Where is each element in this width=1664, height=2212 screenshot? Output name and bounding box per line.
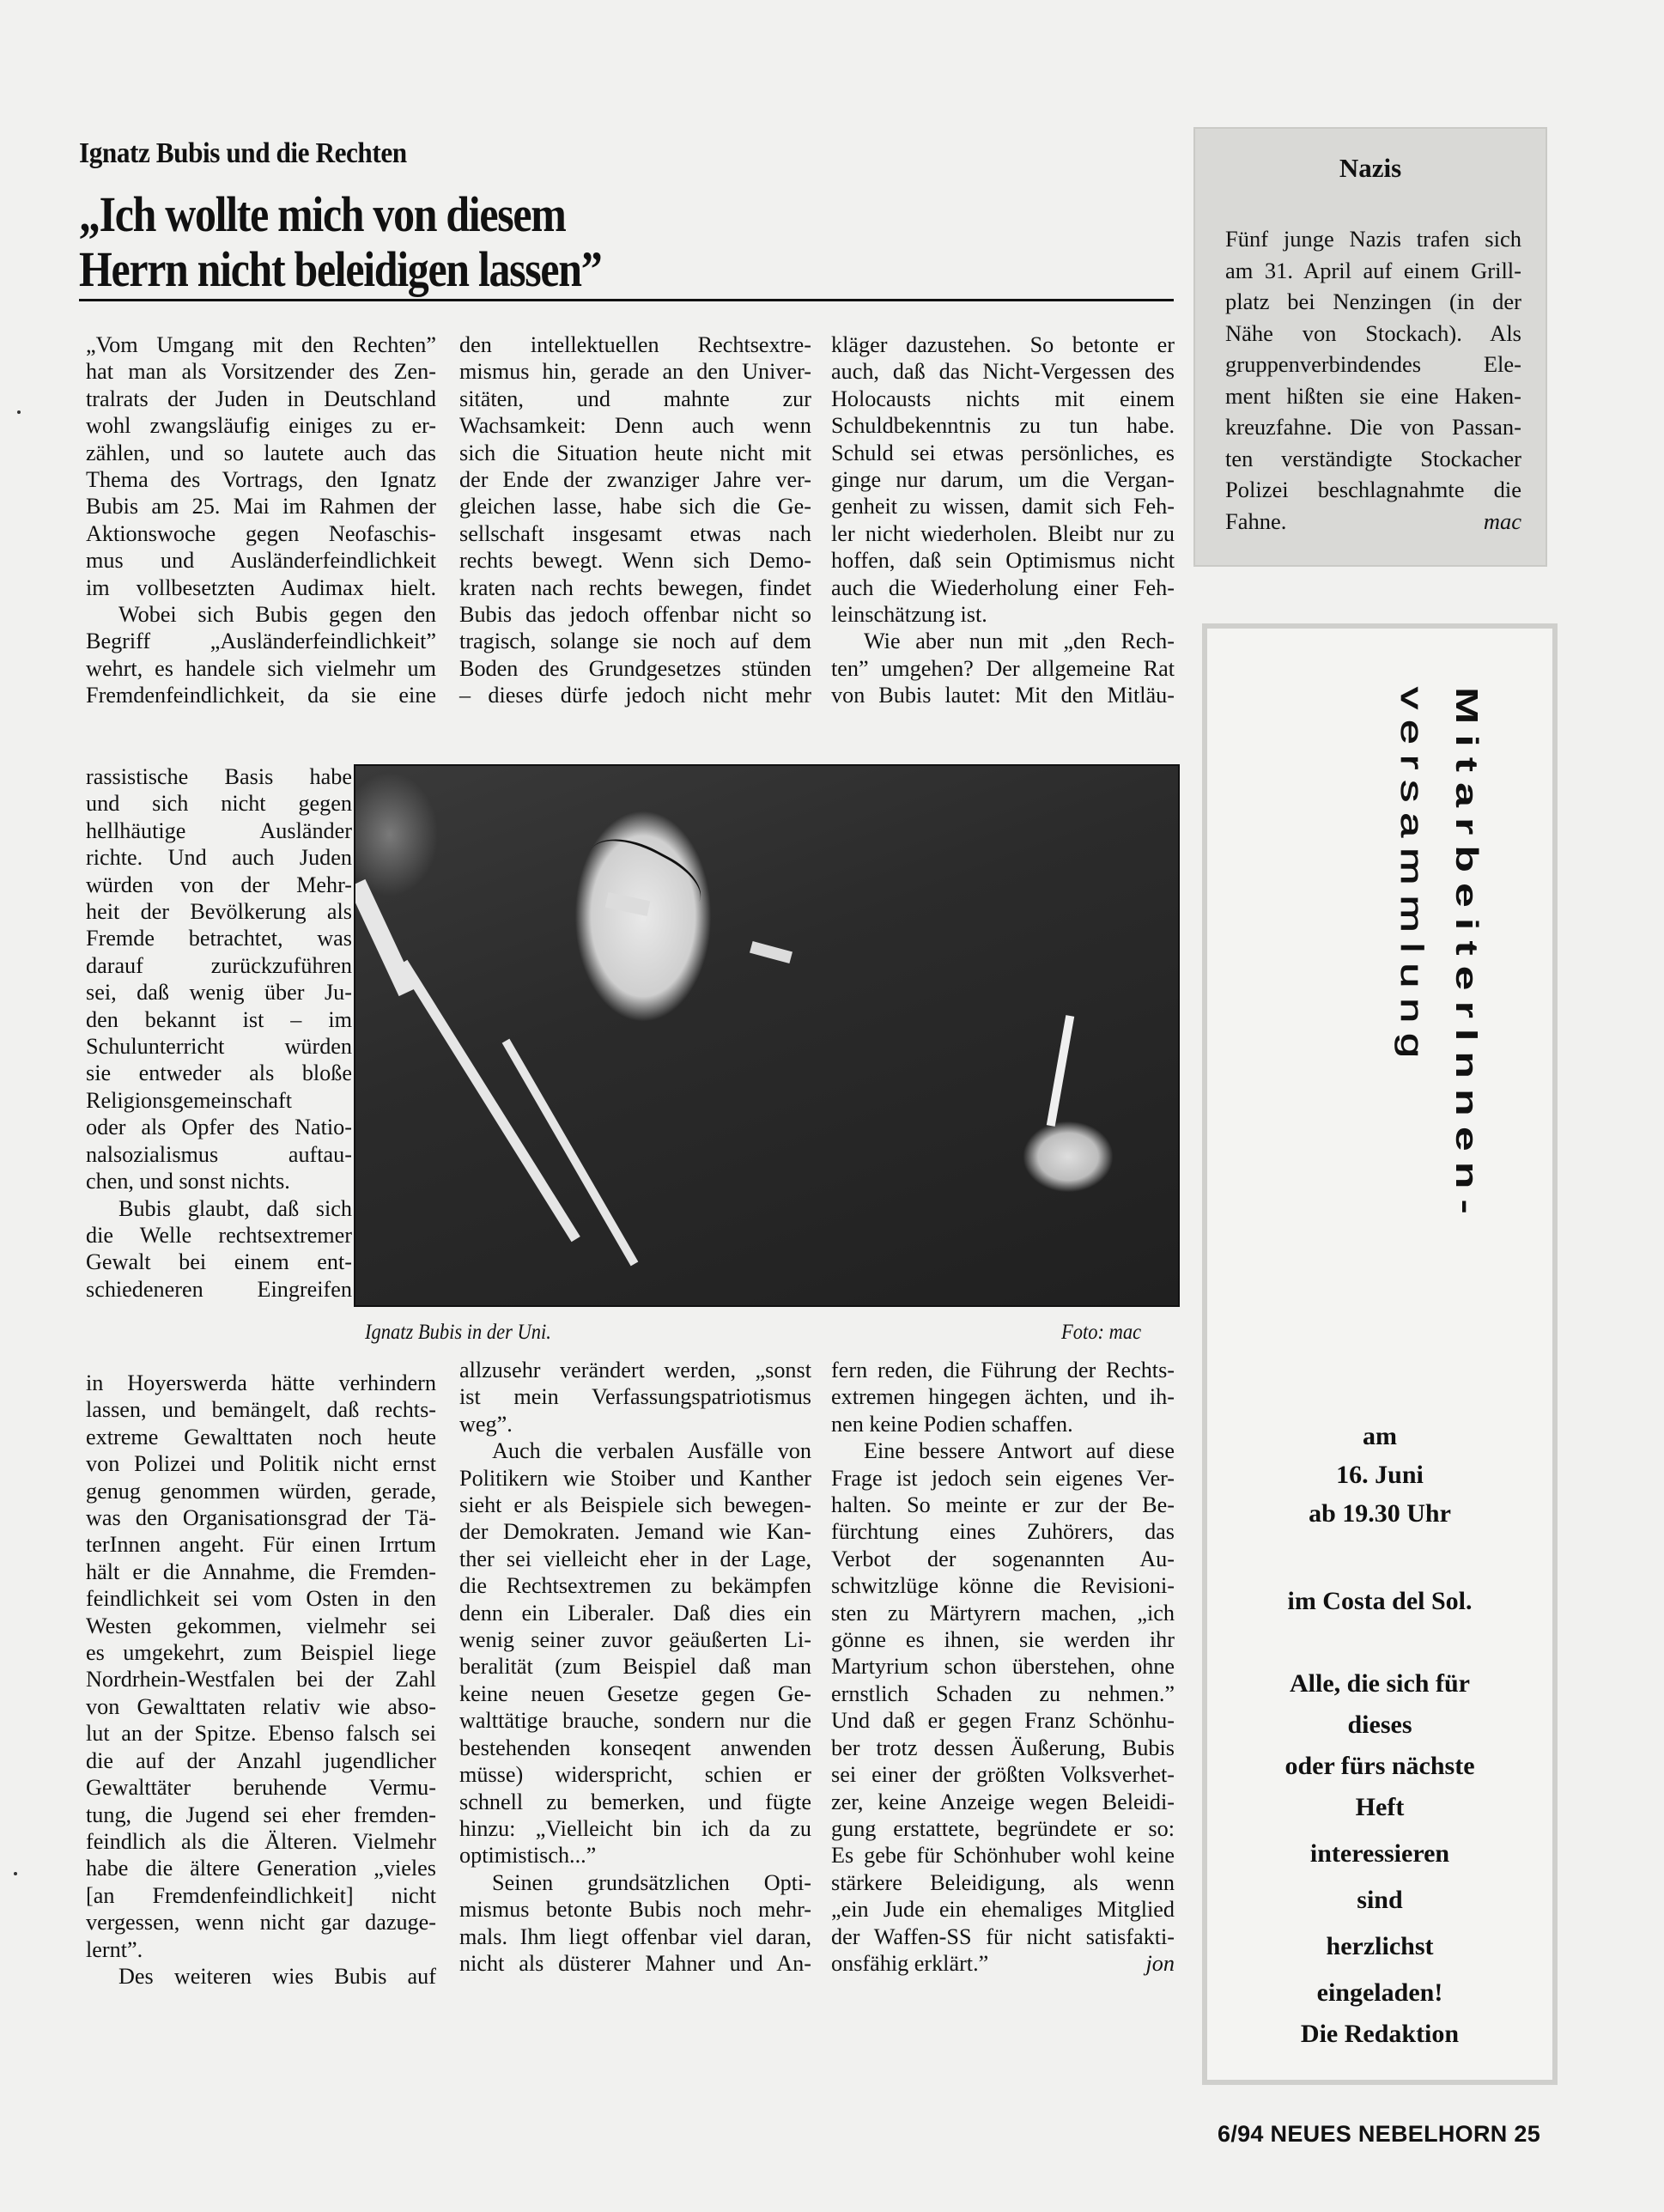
article-photo xyxy=(354,764,1180,1307)
article-text-line: sie entweder als bloße xyxy=(86,1060,352,1086)
article-text-line: der Ende der zwanziger Jahre ver- xyxy=(459,466,811,493)
article-column-1-middle: rassistische Basis habeund sich nicht ge… xyxy=(86,763,352,1303)
article-text-line: kraten nach rechts bewegen, findet xyxy=(459,574,811,601)
photo-glasses-icon xyxy=(575,823,711,934)
article-text-line: keine neuen Gesetze gegen Ge- xyxy=(459,1680,811,1707)
article-text-line: chen, und sonst nichts. xyxy=(86,1168,352,1194)
article-text-line: genheit zu wissen, damit sich Feh- xyxy=(831,493,1175,520)
article-text-line: die Rechtsextremen zu bekämpfen xyxy=(459,1572,811,1599)
photo-pen-icon xyxy=(1047,1015,1074,1127)
invitation-who-line: oder fürs nächste xyxy=(1207,1746,1552,1787)
headline-line-2: Herrn nicht beleidigen lassen” xyxy=(79,242,601,297)
article-text-line: Fremde betrachtet, was xyxy=(86,925,352,951)
article-text-line: gleichen lasse, habe sich die Ge- xyxy=(459,493,811,520)
article-column-3-top: kläger dazustehen. So betonte erauch, da… xyxy=(831,331,1175,709)
article-text-line: oder als Opfer des Natio- xyxy=(86,1114,352,1140)
photo-credit: Foto: mac xyxy=(1061,1321,1141,1345)
article-text-line: Bubis am 25. Mai im Rahmen der xyxy=(86,493,436,520)
article-text-line: Aktionswoche gegen Neofaschis- xyxy=(86,520,436,547)
article-text-line: leinschätzung ist. xyxy=(831,601,1175,628)
article-text-line: hoffen, daß sein Optimismus nicht xyxy=(831,547,1175,574)
article-text-line: von Gewalttaten relativ wie abso- xyxy=(86,1693,436,1720)
article-text-line: nen keine Podien schaffen. xyxy=(831,1411,1175,1437)
invitation-when-am: am xyxy=(1207,1417,1552,1455)
article-text-line: Westen gekommen, vielmehr sei xyxy=(86,1613,436,1639)
article-text-line: Politikern wie Stoiber und Kanther xyxy=(459,1465,811,1492)
article-text-line: Eine bessere Antwort auf diese xyxy=(831,1437,1175,1464)
article-text-line: Frage ist jedoch sein eigenes Ver- xyxy=(831,1465,1175,1492)
headline-rule xyxy=(79,299,1174,301)
article-text-line: sitäten, und mahnte zur xyxy=(459,386,811,412)
article-text-line: walttätige brauche, sondern nur die xyxy=(459,1707,811,1734)
article-text-line: der Demokraten. Jemand wie Kan- xyxy=(459,1518,811,1545)
article-text-line: ernstlich Schaden zu nehmen.” xyxy=(831,1680,1175,1707)
article-column-1-bottom: in Hoyerswerda hätte verhindernlassen, u… xyxy=(86,1370,436,1990)
article-text-line: Nordrhein-Westfalen bei der Zahl xyxy=(86,1666,436,1692)
article-text-line: hält er die Annahme, die Fremden- xyxy=(86,1559,436,1585)
article-text-line: Schulunterricht würden xyxy=(86,1033,352,1060)
sidebar-nazis-line: gruppenverbindendes Ele- xyxy=(1225,349,1521,380)
invitation-date: 16. Juni xyxy=(1207,1455,1552,1494)
article-text-line: auch die Wiederholung einer Feh- xyxy=(831,574,1175,601)
scan-speck xyxy=(14,1872,17,1875)
article-text-line: halten. So meinte er zur der Be- xyxy=(831,1492,1175,1518)
article-text-line: Seinen grundsätzlichen Opti- xyxy=(459,1869,811,1896)
article-text-line: den bekannt ist – im xyxy=(86,1006,352,1033)
article-text-line: ler nicht wiederholen. Bleibt nur zu xyxy=(831,520,1175,547)
photo-caption: Ignatz Bubis in der Uni. xyxy=(365,1321,551,1345)
sidebar-nazis-line: Fahne.mac xyxy=(1225,506,1521,538)
article-text-line: – dieses dürfe jedoch nicht mehr xyxy=(459,682,811,708)
article-text-line: stärkere Beleidigung, als wenn xyxy=(831,1869,1175,1896)
article-text-line: fürchtung eines Zuhörers, das xyxy=(831,1518,1175,1545)
article-text-line: rechts bewegt. Wenn sich Demo- xyxy=(459,547,811,574)
article-text-line: weg”. xyxy=(459,1411,811,1437)
sidebar-nazis-author: mac xyxy=(1484,506,1521,538)
invitation-who-line: eingeladen! xyxy=(1207,1972,1552,2014)
invitation-who-line: herzlichst xyxy=(1207,1926,1552,1967)
sidebar-nazis-line: Nähe von Stockach). Als xyxy=(1225,318,1521,349)
article-text-line: bestehenden konseqent anwenden xyxy=(459,1735,811,1761)
article-text-line: „Vom Umgang mit den Rechten” xyxy=(86,331,436,358)
article-text-line: sten zu Märtyrern machen, „ich xyxy=(831,1600,1175,1626)
invitation-who-line: Alle, die sich für xyxy=(1207,1663,1552,1705)
article-text-line: hellhäutige Ausländer xyxy=(86,817,352,844)
article-text-line: was den Organisationsgrad der Tä- xyxy=(86,1504,436,1531)
article-text-line: Gewalt bei einem ent- xyxy=(86,1249,352,1275)
sidebar-nazis-line: Polizei beschlagnahmte die xyxy=(1225,474,1521,506)
article-text-line: wenig seiner zuvor geäußerten Li- xyxy=(459,1626,811,1653)
article-text-line: lernt”. xyxy=(86,1936,436,1963)
article-text-line: feindlich als die Älteren. Vielmehr xyxy=(86,1828,436,1855)
article-text-line: würden von der Mehr- xyxy=(86,872,352,898)
article-text-line: sei, daß wenig über Ju- xyxy=(86,979,352,1006)
article-text-line: [an Fremdenfeindlichkeit] nicht xyxy=(86,1882,436,1909)
article-text-line: tung, die Jugend sei eher fremden- xyxy=(86,1802,436,1828)
article-text-line: extreme Gewalttaten noch heute xyxy=(86,1424,436,1450)
article-text-line: mismus hin, gerade an den Univer- xyxy=(459,358,811,385)
article-text-line: tragisch, solange sie noch auf dem xyxy=(459,628,811,654)
article-text-line: ist mein Verfassungspatriotismus xyxy=(459,1383,811,1410)
article-text-line: den intellektuellen Rechtsextre- xyxy=(459,331,811,358)
article-text-line: der Waffen-SS für nicht satisfakti- xyxy=(831,1923,1175,1950)
sidebar-nazis-line: Fünf junge Nazis trafen sich xyxy=(1225,223,1521,255)
invitation-location: im Costa del Sol. xyxy=(1207,1582,1552,1620)
article-text-line: Es gebe für Schönhuber wohl keine xyxy=(831,1842,1175,1869)
article-text-line: terInnen angeht. Für einen Irrtum xyxy=(86,1531,436,1558)
article-text-line: lassen, und bemängelt, daß rechts- xyxy=(86,1396,436,1423)
article-text-line: Wie aber nun mit „den Rech- xyxy=(831,628,1175,654)
article-text-line: rassistische Basis habe xyxy=(86,763,352,790)
invitation-who-line: Heft xyxy=(1207,1787,1552,1828)
article-text-line: Verbot der sogenannten Au- xyxy=(831,1546,1175,1572)
article-text-line: optimistisch...” xyxy=(459,1842,811,1869)
sidebar-nazis-body: Fünf junge Nazis trafen sicham 31. April… xyxy=(1225,223,1521,537)
article-text-line: wehrt, es handele sich vielmehr um xyxy=(86,655,436,682)
sidebar-nazis-line: am 31. April auf einem Grill- xyxy=(1225,255,1521,287)
article-text-line: Thema des Vortrags, den Ignatz xyxy=(86,466,436,493)
article-text-line: sellschaft insgesamt etwas nach xyxy=(459,520,811,547)
article-text-line: ten” umgehen? Der allgemeine Rat xyxy=(831,655,1175,682)
article-text-line: mismus betonte Bubis noch mehr- xyxy=(459,1896,811,1923)
article-text-line: Holocausts nichts mit einem xyxy=(831,386,1175,412)
article-text-line: mals. Ihm liegt offenbar viel daran, xyxy=(459,1923,811,1950)
article-text-line: „ein Jude ein ehemaliges Mitglied xyxy=(831,1896,1175,1923)
article-text-line: allzusehr verändert werden, „sonst xyxy=(459,1357,811,1383)
article-text-line: müsse) widerspricht, schien er xyxy=(459,1761,811,1788)
article-text-line: hinzu: „Vielleicht bin ich da zu xyxy=(459,1815,811,1842)
article-text-line: tralrats der Juden in Deutschland xyxy=(86,386,436,412)
article-text-line: extremen hingegen ächten, und ih- xyxy=(831,1383,1175,1410)
article-text-line: ginge nur darum, um die Vergan- xyxy=(831,466,1175,493)
article-text-line: von Polizei und Politik nicht ernst xyxy=(86,1450,436,1477)
article-kicker: Ignatz Bubis und die Rechten xyxy=(79,137,407,170)
article-column-1-top: „Vom Umgang mit den Rechten”hat man als … xyxy=(86,331,436,709)
sidebar-nazis-line: ment hißten sie eine Haken- xyxy=(1225,380,1521,412)
article-text-line: schnell zu bemerken, und fügte xyxy=(459,1789,811,1815)
article-text-line: zer, keine Anzeige wegen Beleidi- xyxy=(831,1789,1175,1815)
article-text-line: Religionsgemeinschaft xyxy=(86,1087,352,1114)
article-text-line: zählen, und so lautete auch das xyxy=(86,440,436,466)
article-text-line: nalsozialismus auftau- xyxy=(86,1141,352,1168)
article-text-line: Begriff „Ausländerfeindlichkeit” xyxy=(86,628,436,654)
article-text-line: Wachsamkeit: Denn auch wenn xyxy=(459,412,811,439)
article-text-line: onsfähig erklärt.”jon xyxy=(831,1950,1175,1977)
article-text-line: darauf zurückzuführen xyxy=(86,952,352,979)
sidebar-nazis-box: Nazis Fünf junge Nazis trafen sicham 31.… xyxy=(1193,127,1547,567)
article-text-line: im vollbesetzten Audimax hielt. xyxy=(86,574,436,601)
sidebar-nazis-line: ten verständigte Stockacher xyxy=(1225,443,1521,475)
article-text-line: schiedeneren Eingreifen xyxy=(86,1276,352,1303)
article-text-line: gung erstattete, begründete er so: xyxy=(831,1815,1175,1842)
invitation-audience: Alle, die sich für dieses oder fürs näch… xyxy=(1207,1663,1552,2014)
article-text-line: hat man als Vorsitzender des Zen- xyxy=(86,358,436,385)
article-text-line: die auf der Anzahl jugendlicher xyxy=(86,1747,436,1774)
article-text-line: in Hoyerswerda hätte verhindern xyxy=(86,1370,436,1396)
headline-line-1: „Ich wollte mich von diesem xyxy=(79,187,601,242)
article-text-line: Fremdenfeindlichkeit, da sie eine xyxy=(86,682,436,708)
invitation-title-line-2: versammlung xyxy=(1394,687,1430,1099)
article-text-line: Schuldbekenntnis zu tun habe. xyxy=(831,412,1175,439)
article-text-line: Und daß er gegen Franz Schönhu- xyxy=(831,1707,1175,1734)
invitation-signature: Die Redaktion xyxy=(1207,2014,1552,2053)
article-text-line: Schuld sei etwas persönliches, es xyxy=(831,440,1175,466)
article-text-line: Boden des Grundgesetzes stünden xyxy=(459,655,811,682)
article-text-line: Wobei sich Bubis gegen den xyxy=(86,601,436,628)
invitation-title-line-1: MitarbeiterInnen- xyxy=(1448,687,1485,1099)
photo-light-2 xyxy=(750,941,793,963)
invitation-who-line: sind xyxy=(1207,1880,1552,1921)
article-text-line: nicht als düsterer Mahner und An- xyxy=(459,1950,811,1977)
article-text-line: ther sei vielleicht eher in der Lage, xyxy=(459,1546,811,1572)
article-text-line: sei einer der größten Volksverhet- xyxy=(831,1761,1175,1788)
article-text-line: denn ein Liberaler. Daß dies ein xyxy=(459,1600,811,1626)
article-text-line: auch, daß das Nicht-Vergessen des xyxy=(831,358,1175,385)
article-headline: „Ich wollte mich von diesem Herrn nicht … xyxy=(79,187,601,297)
article-text-line: Des weiteren wies Bubis auf xyxy=(86,1963,436,1990)
invitation-time: ab 19.30 Uhr xyxy=(1207,1494,1552,1533)
article-column-2-bottom: allzusehr verändert werden, „sonstist me… xyxy=(459,1357,811,1977)
invitation-who-line: interessieren xyxy=(1207,1833,1552,1875)
sidebar-nazis-title: Nazis xyxy=(1193,153,1547,184)
article-text-line: Auch die verbalen Ausfälle von xyxy=(459,1437,811,1464)
page-footer: 6/94 NEUES NEBELHORN 25 xyxy=(1218,2121,1540,2148)
invitation-box: MitarbeiterInnen- versammlung am 16. Jun… xyxy=(1202,623,1558,2085)
article-text-line: schwitzlüge könne die Revisioni- xyxy=(831,1572,1175,1599)
article-text-line: sieht er als Beispiele sich bewegen- xyxy=(459,1492,811,1518)
article-text-line: mus und Ausländerfeindlichkeit xyxy=(86,547,436,574)
article-text-line: es umgekehrt, zum Beispiel liege xyxy=(86,1639,436,1666)
article-text-line: Martyrium schon überstehen, ohne xyxy=(831,1653,1175,1680)
article-text-line: Bubis das jedoch offenbar nicht so xyxy=(459,601,811,628)
scan-speck xyxy=(17,410,21,414)
article-text-line: sich die Situation heute nicht mit xyxy=(459,440,811,466)
article-author-signature: jon xyxy=(1146,1950,1175,1977)
article-column-2-top: den intellektuellen Rechtsextre-mismus h… xyxy=(459,331,811,709)
photo-collar-right xyxy=(398,960,580,1243)
invitation-vertical-title: MitarbeiterInnen- versammlung xyxy=(1362,687,1508,1099)
article-text-line: gönne es ihnen, sie werden ihr xyxy=(831,1626,1175,1653)
article-text-line: Gewalttäter beruhende Vermu- xyxy=(86,1774,436,1801)
invitation-who-line: dieses xyxy=(1207,1705,1552,1746)
article-text-line: ber trotz dessen Äußerung, Bubis xyxy=(831,1735,1175,1761)
invitation-when: am 16. Juni ab 19.30 Uhr xyxy=(1207,1417,1552,1533)
article-text-line: die Welle rechtsextremer xyxy=(86,1222,352,1249)
article-text-line: lut an der Spitze. Ebenso falsch sei xyxy=(86,1720,436,1747)
article-text-line: Bubis glaubt, daß sich xyxy=(86,1195,352,1222)
article-text-line: habe die ältere Generation „vieles xyxy=(86,1855,436,1881)
article-text-line: und sich nicht gegen xyxy=(86,790,352,817)
article-text-line: genug genommen würden, gerade, xyxy=(86,1478,436,1504)
sidebar-nazis-line: kreuzfahne. Die von Passan- xyxy=(1225,411,1521,443)
article-text-line: wohl zwangsläufig einiges zu er- xyxy=(86,412,436,439)
article-text-line: fern reden, die Führung der Rechts- xyxy=(831,1357,1175,1383)
article-text-line: feindlichkeit sei vom Osten in den xyxy=(86,1585,436,1612)
article-text-line: kläger dazustehen. So betonte er xyxy=(831,331,1175,358)
article-column-3-bottom: fern reden, die Führung der Rechts-extre… xyxy=(831,1357,1175,1977)
sidebar-nazis-line: platz bei Nenzingen (in der xyxy=(1225,286,1521,318)
article-text-line: heit der Bevölkerung als xyxy=(86,898,352,925)
article-text-line: richte. Und auch Juden xyxy=(86,844,352,871)
article-text-line: vergessen, wenn nicht gar dazuge- xyxy=(86,1909,436,1935)
article-text-line: von Bubis lautet: Mit den Mitläu- xyxy=(831,682,1175,708)
article-text-line: beralität (zum Beispiel daß man xyxy=(459,1653,811,1680)
